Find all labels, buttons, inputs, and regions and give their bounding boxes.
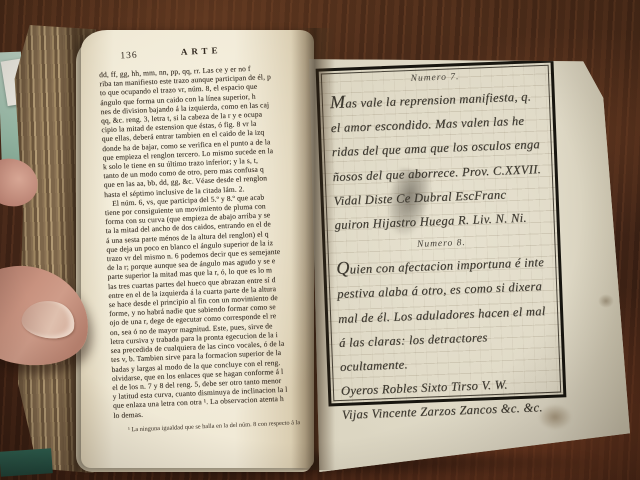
small-foxing-stain (598, 294, 614, 308)
book-gutter-shadow (291, 28, 335, 470)
page-header: 136 ARTE (98, 42, 304, 66)
running-header-arte: ARTE (98, 42, 304, 61)
calligraphy-plate-frame: Numero 7. Mas vale la reprension manifie… (316, 60, 567, 407)
left-page-text-block: 136 ARTE dd, ff, gg, hh, mm, nn, pp, qq,… (98, 42, 320, 434)
left-printed-page: 136 ARTE dd, ff, gg, hh, mm, nn, pp, qq,… (81, 30, 314, 468)
calligraphy-content: Numero 7. Mas vale la reprension manifie… (329, 69, 553, 397)
numero-8-script-lines: Quien con afectacion importuna é inte pe… (336, 248, 554, 427)
numero-7-script-lines: Mas vale la reprension manifiesta, q. el… (329, 82, 546, 237)
printed-body-text: dd, ff, gg, hh, mm, nn, pp, qq, rr. Las … (99, 62, 319, 420)
book-cover-teal-edge (0, 448, 53, 477)
right-calligraphy-page: Numero 7. Mas vale la reprension manifie… (306, 42, 640, 472)
